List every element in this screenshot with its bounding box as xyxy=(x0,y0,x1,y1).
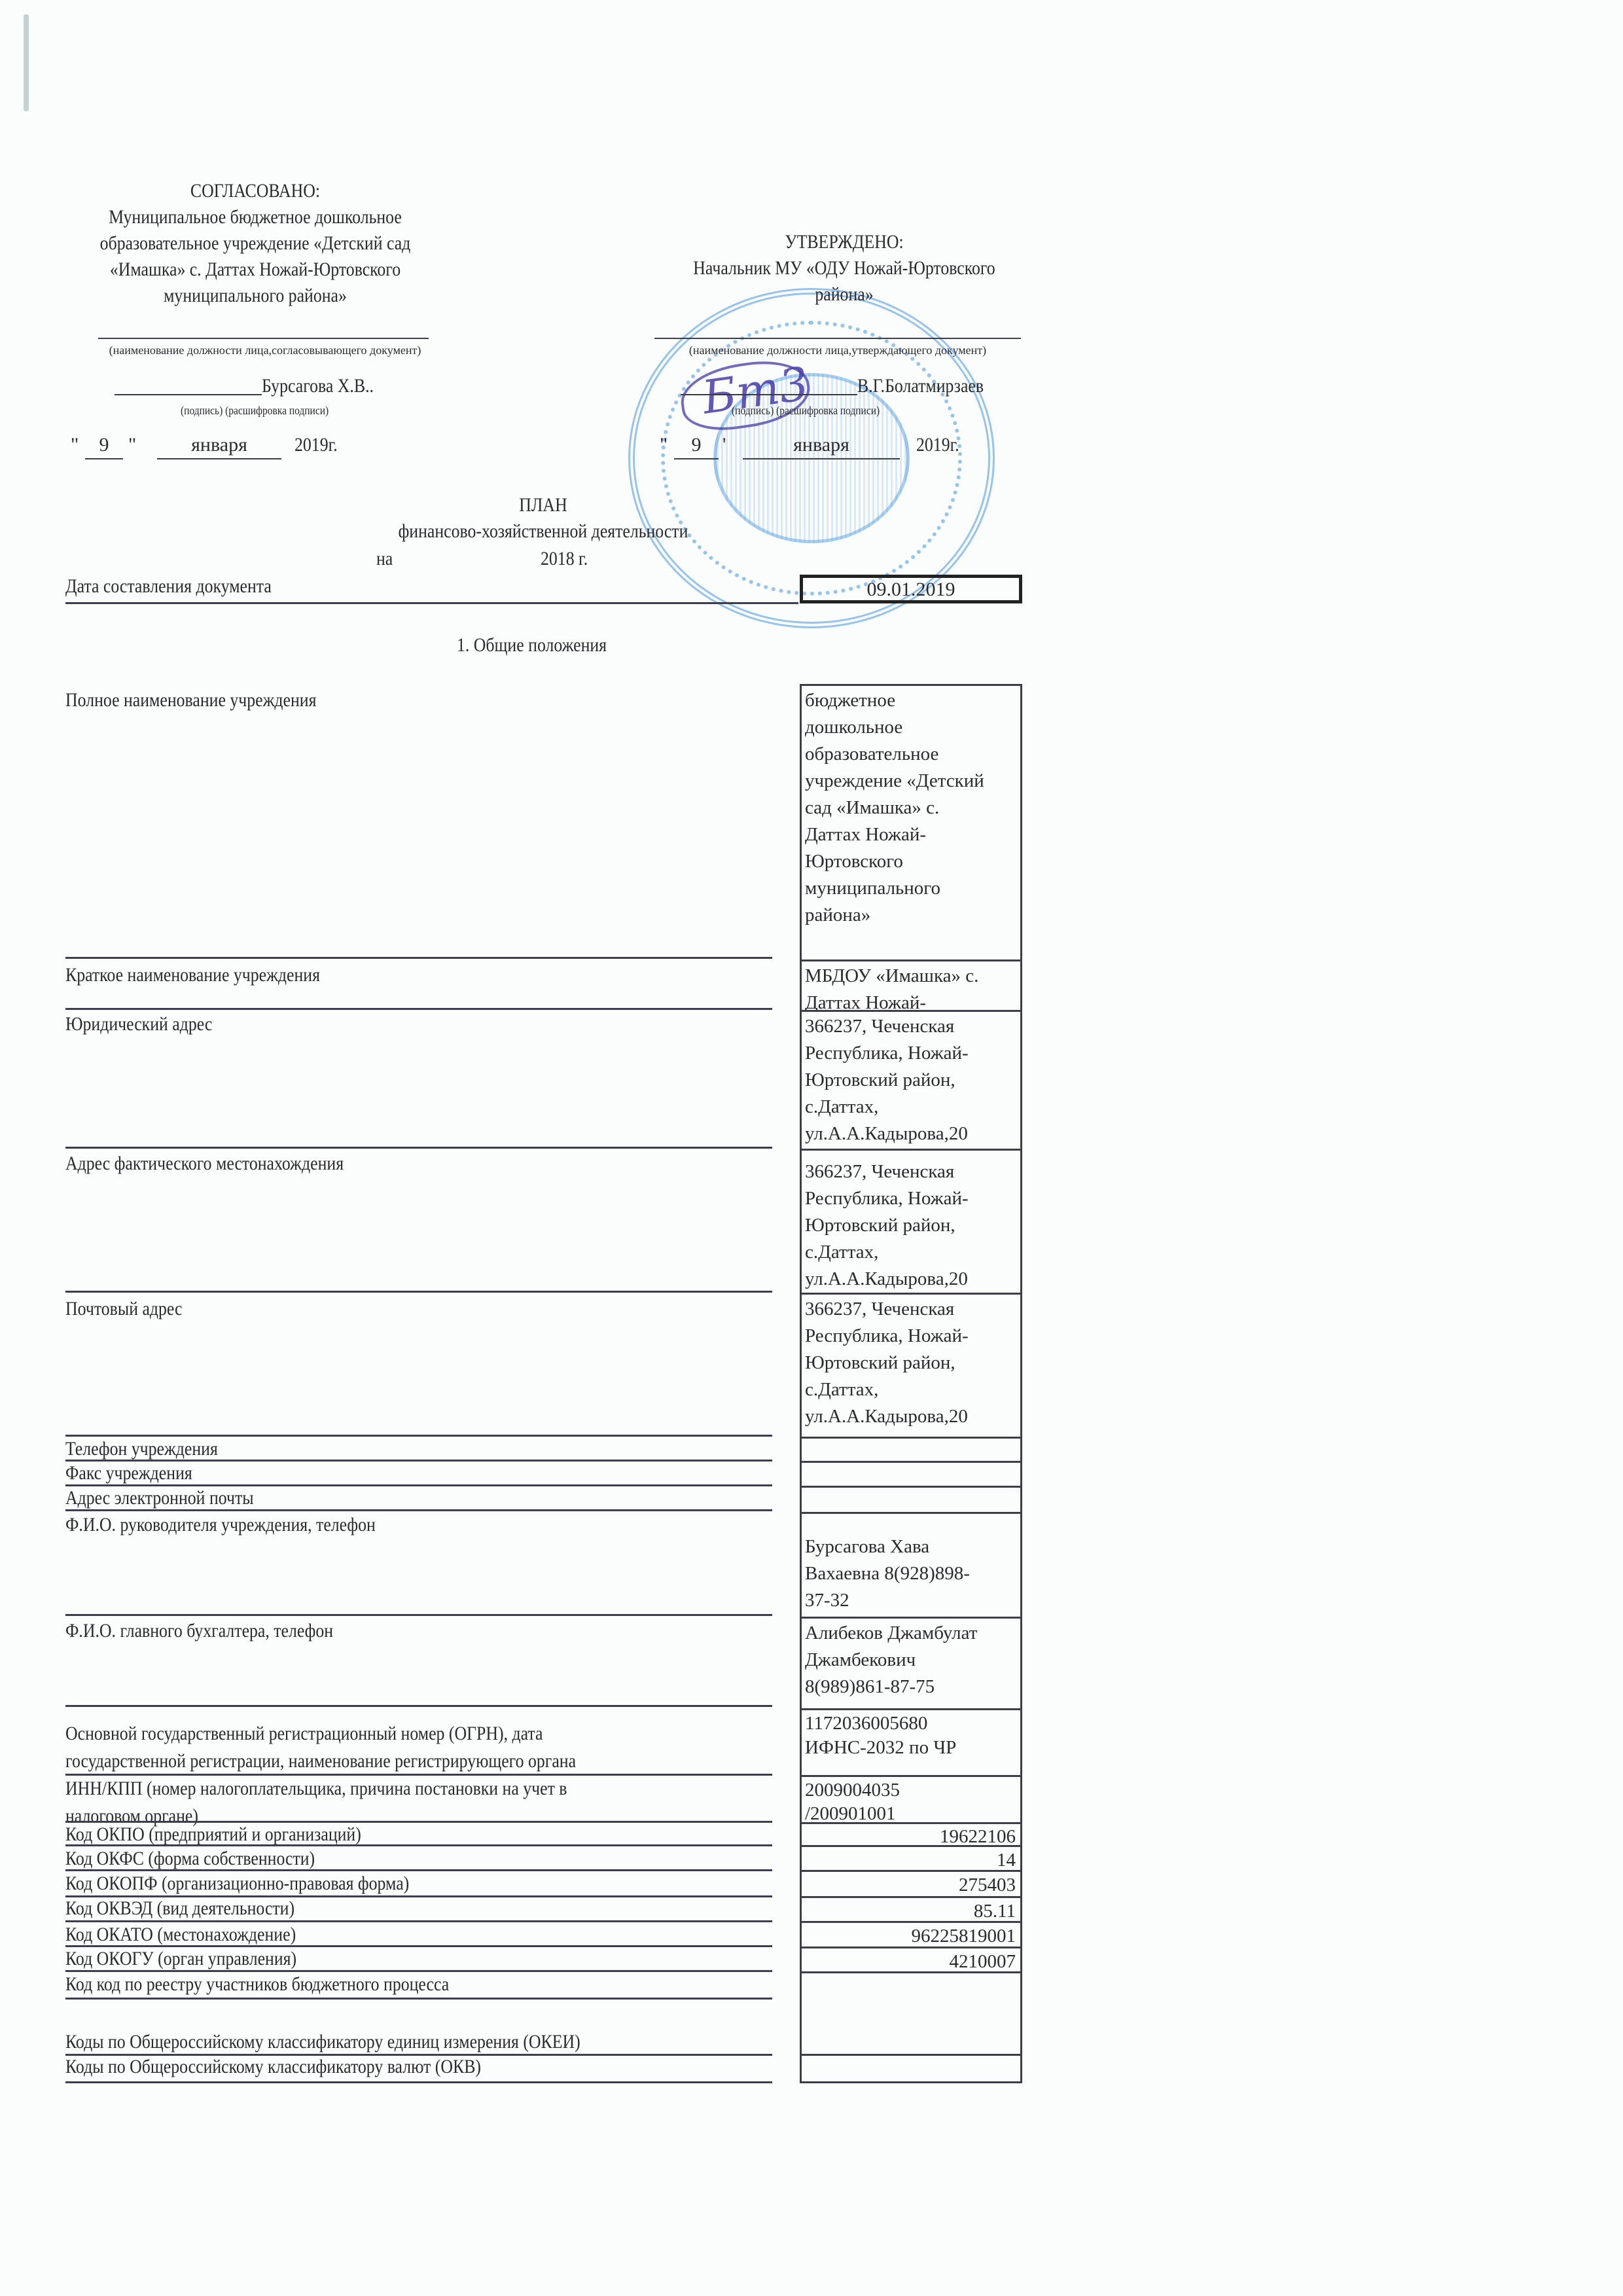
row-value-okved[interactable]: 85.11 xyxy=(800,1896,1022,1921)
section-title: 1. Общие положения xyxy=(457,632,607,658)
row-label-registry-code: Код код по реестру участников бюджетного… xyxy=(65,1971,449,1998)
row-value-okato[interactable]: 96225819001 xyxy=(800,1921,1022,1947)
agreed-org-line-1: Муниципальное бюджетное дошкольное xyxy=(98,204,413,230)
agreed-block: СОГЛАСОВАНО: Муниципальное бюджетное дош… xyxy=(72,178,438,309)
plan-subtitle: финансово-хозяйственной деятельности xyxy=(308,518,779,545)
row-label-okfs: Код ОКФС (форма собственности) xyxy=(65,1846,315,1872)
row-value-inn[interactable]: 2009004035 /200901001 xyxy=(800,1775,1022,1822)
date-label-rule xyxy=(65,602,798,604)
row-label-head: Ф.И.О. руководителя учреждения, телефон xyxy=(65,1512,376,1538)
row-value-okopf[interactable]: 275403 xyxy=(800,1870,1022,1896)
agreed-signer-name: Бурсагова Х.В.. xyxy=(262,373,374,399)
row-rule xyxy=(65,1008,772,1010)
approved-signature-caption: (подпись) (расшифровка подписи) xyxy=(732,403,880,418)
row-rule xyxy=(65,1705,772,1707)
row-rule xyxy=(65,957,772,959)
row-label-short-name: Краткое наименование учреждения xyxy=(65,962,320,988)
plan-year: 2018 г. xyxy=(541,546,588,572)
approved-position-caption: (наименование должности лица,утверждающе… xyxy=(645,343,1031,357)
row-label-ogrn: Основной государственный регистрационный… xyxy=(65,1720,576,1775)
row-value-okei[interactable] xyxy=(800,1998,1022,2055)
row-label-okei: Коды по Общероссийскому классификатору е… xyxy=(65,2029,580,2055)
row-label-full-name: Полное наименование учреждения xyxy=(65,687,316,713)
approved-org-line-1: Начальник МУ «ОДУ Ножай-Юртовского xyxy=(658,255,1030,281)
agreed-day[interactable]: 9 xyxy=(85,432,123,459)
approved-day[interactable]: 9 xyxy=(674,432,719,459)
row-label-okpo: Код ОКПО (предприятий и организаций) xyxy=(65,1821,361,1848)
approved-signer-name: В.Г.Болатмирзаев xyxy=(857,373,984,399)
agreed-position-line xyxy=(98,338,429,339)
agreed-org-line-3: «Имашка» с. Даттах Ножай-Юртовского xyxy=(98,257,413,283)
row-value-postal-address[interactable]: 366237, Чеченская Республика, Ножай- Юрт… xyxy=(800,1293,1022,1437)
plan-subtitle-text: финансово-хозяйственной деятельности xyxy=(340,518,745,545)
date-label: Дата составления документа xyxy=(65,573,272,600)
approved-year: 2019г. xyxy=(916,432,959,458)
row-value-okpo[interactable]: 19622106 xyxy=(800,1822,1022,1845)
row-rule xyxy=(65,1291,772,1293)
row-label-accountant: Ф.И.О. главного бухгалтера, телефон xyxy=(65,1618,333,1644)
plan-title-text: ПЛАН xyxy=(385,492,701,518)
approved-org-line-2: района» xyxy=(658,281,1030,308)
row-value-okogu[interactable]: 4210007 xyxy=(800,1946,1022,1971)
agreed-date: " 9 " января 2019г. xyxy=(65,432,471,461)
row-value-full-name[interactable]: бюджетное дошкольное образовательное учр… xyxy=(800,684,1022,960)
row-rule xyxy=(65,1509,772,1511)
row-value-email[interactable] xyxy=(800,1486,1022,1512)
agreed-month[interactable]: января xyxy=(157,432,281,459)
row-value-okv[interactable] xyxy=(800,2054,1022,2081)
plan-title: ПЛАН xyxy=(360,492,726,518)
plan-on-label: на xyxy=(376,546,393,572)
row-value-legal-address[interactable]: 366237, Чеченская Республика, Ножай- Юрт… xyxy=(800,1010,1022,1149)
row-rule xyxy=(65,1614,772,1616)
agreed-signature-caption: (подпись) (расшифровка подписи) xyxy=(181,403,329,418)
row-label-okato: Код ОКАТО (местонахождение) xyxy=(65,1922,296,1948)
row-value-okfs[interactable]: 14 xyxy=(800,1845,1022,1871)
row-label-actual-address: Адрес фактического местонахождения xyxy=(65,1151,344,1177)
row-value-accountant[interactable]: Алибеков Джамбулат Джамбекович 8(989)861… xyxy=(800,1617,1022,1708)
date-value: 09.01.2019 xyxy=(867,579,955,600)
row-value-actual-address[interactable]: 366237, Чеченская Республика, Ножай- Юрт… xyxy=(800,1149,1022,1293)
approved-block: УТВЕРЖДЕНО: Начальник МУ «ОДУ Ножай-Юрто… xyxy=(628,229,1060,308)
row-label-phone: Телефон учреждения xyxy=(65,1436,218,1462)
row-label-legal-address: Юридический адрес xyxy=(65,1011,212,1037)
agreed-org-line-2: образовательное учреждение «Детский сад xyxy=(98,230,413,257)
row-label-fax: Факс учреждения xyxy=(65,1460,192,1486)
date-value-box[interactable]: 09.01.2019 xyxy=(800,575,1022,603)
approved-date: " 9 ' января 2019г. xyxy=(654,432,1034,461)
scan-edge-artifact xyxy=(24,14,29,111)
agreed-org-line-4: муниципального района» xyxy=(98,283,413,309)
row-value-short-name[interactable]: МБДОУ «Имашка» с. Даттах Ножай- xyxy=(800,960,1022,1010)
agreed-year: 2019г. xyxy=(294,432,338,458)
row-label-okv: Коды по Общероссийскому классификатору в… xyxy=(65,2054,481,2080)
approved-title: УТВЕРЖДЕНО: xyxy=(658,229,1030,255)
row-value-fax[interactable] xyxy=(800,1461,1022,1486)
row-value-phone[interactable] xyxy=(800,1437,1022,1461)
row-label-okopf: Код ОКОПФ (организационно-правовая форма… xyxy=(65,1871,409,1897)
row-value-ogrn[interactable]: 1172036005680 ИФНС-2032 по ЧР xyxy=(800,1708,1022,1772)
row-value-head[interactable]: Бурсагова Хава Вахаевна 8(928)898- 37-32 xyxy=(800,1512,1022,1617)
agreed-title: СОГЛАСОВАНО: xyxy=(98,178,413,204)
row-value-registry-code[interactable] xyxy=(800,1971,1022,1998)
row-label-email: Адрес электронной почты xyxy=(65,1485,254,1511)
row-rule xyxy=(65,2081,772,2083)
row-label-okogu: Код ОКОГУ (орган управления) xyxy=(65,1946,296,1972)
row-label-okved: Код ОКВЭД (вид деятельности) xyxy=(65,1895,294,1922)
row-rule xyxy=(65,1147,772,1149)
agreed-position-caption: (наименование должности лица,согласовыва… xyxy=(72,343,458,357)
row-label-postal-address: Почтовый адрес xyxy=(65,1296,182,1322)
approved-month[interactable]: января xyxy=(743,432,900,459)
approved-position-line xyxy=(654,338,1021,339)
row-rule xyxy=(65,1998,772,2000)
agreed-signature-field[interactable] xyxy=(115,372,262,398)
approved-signature-field[interactable] xyxy=(681,372,857,398)
